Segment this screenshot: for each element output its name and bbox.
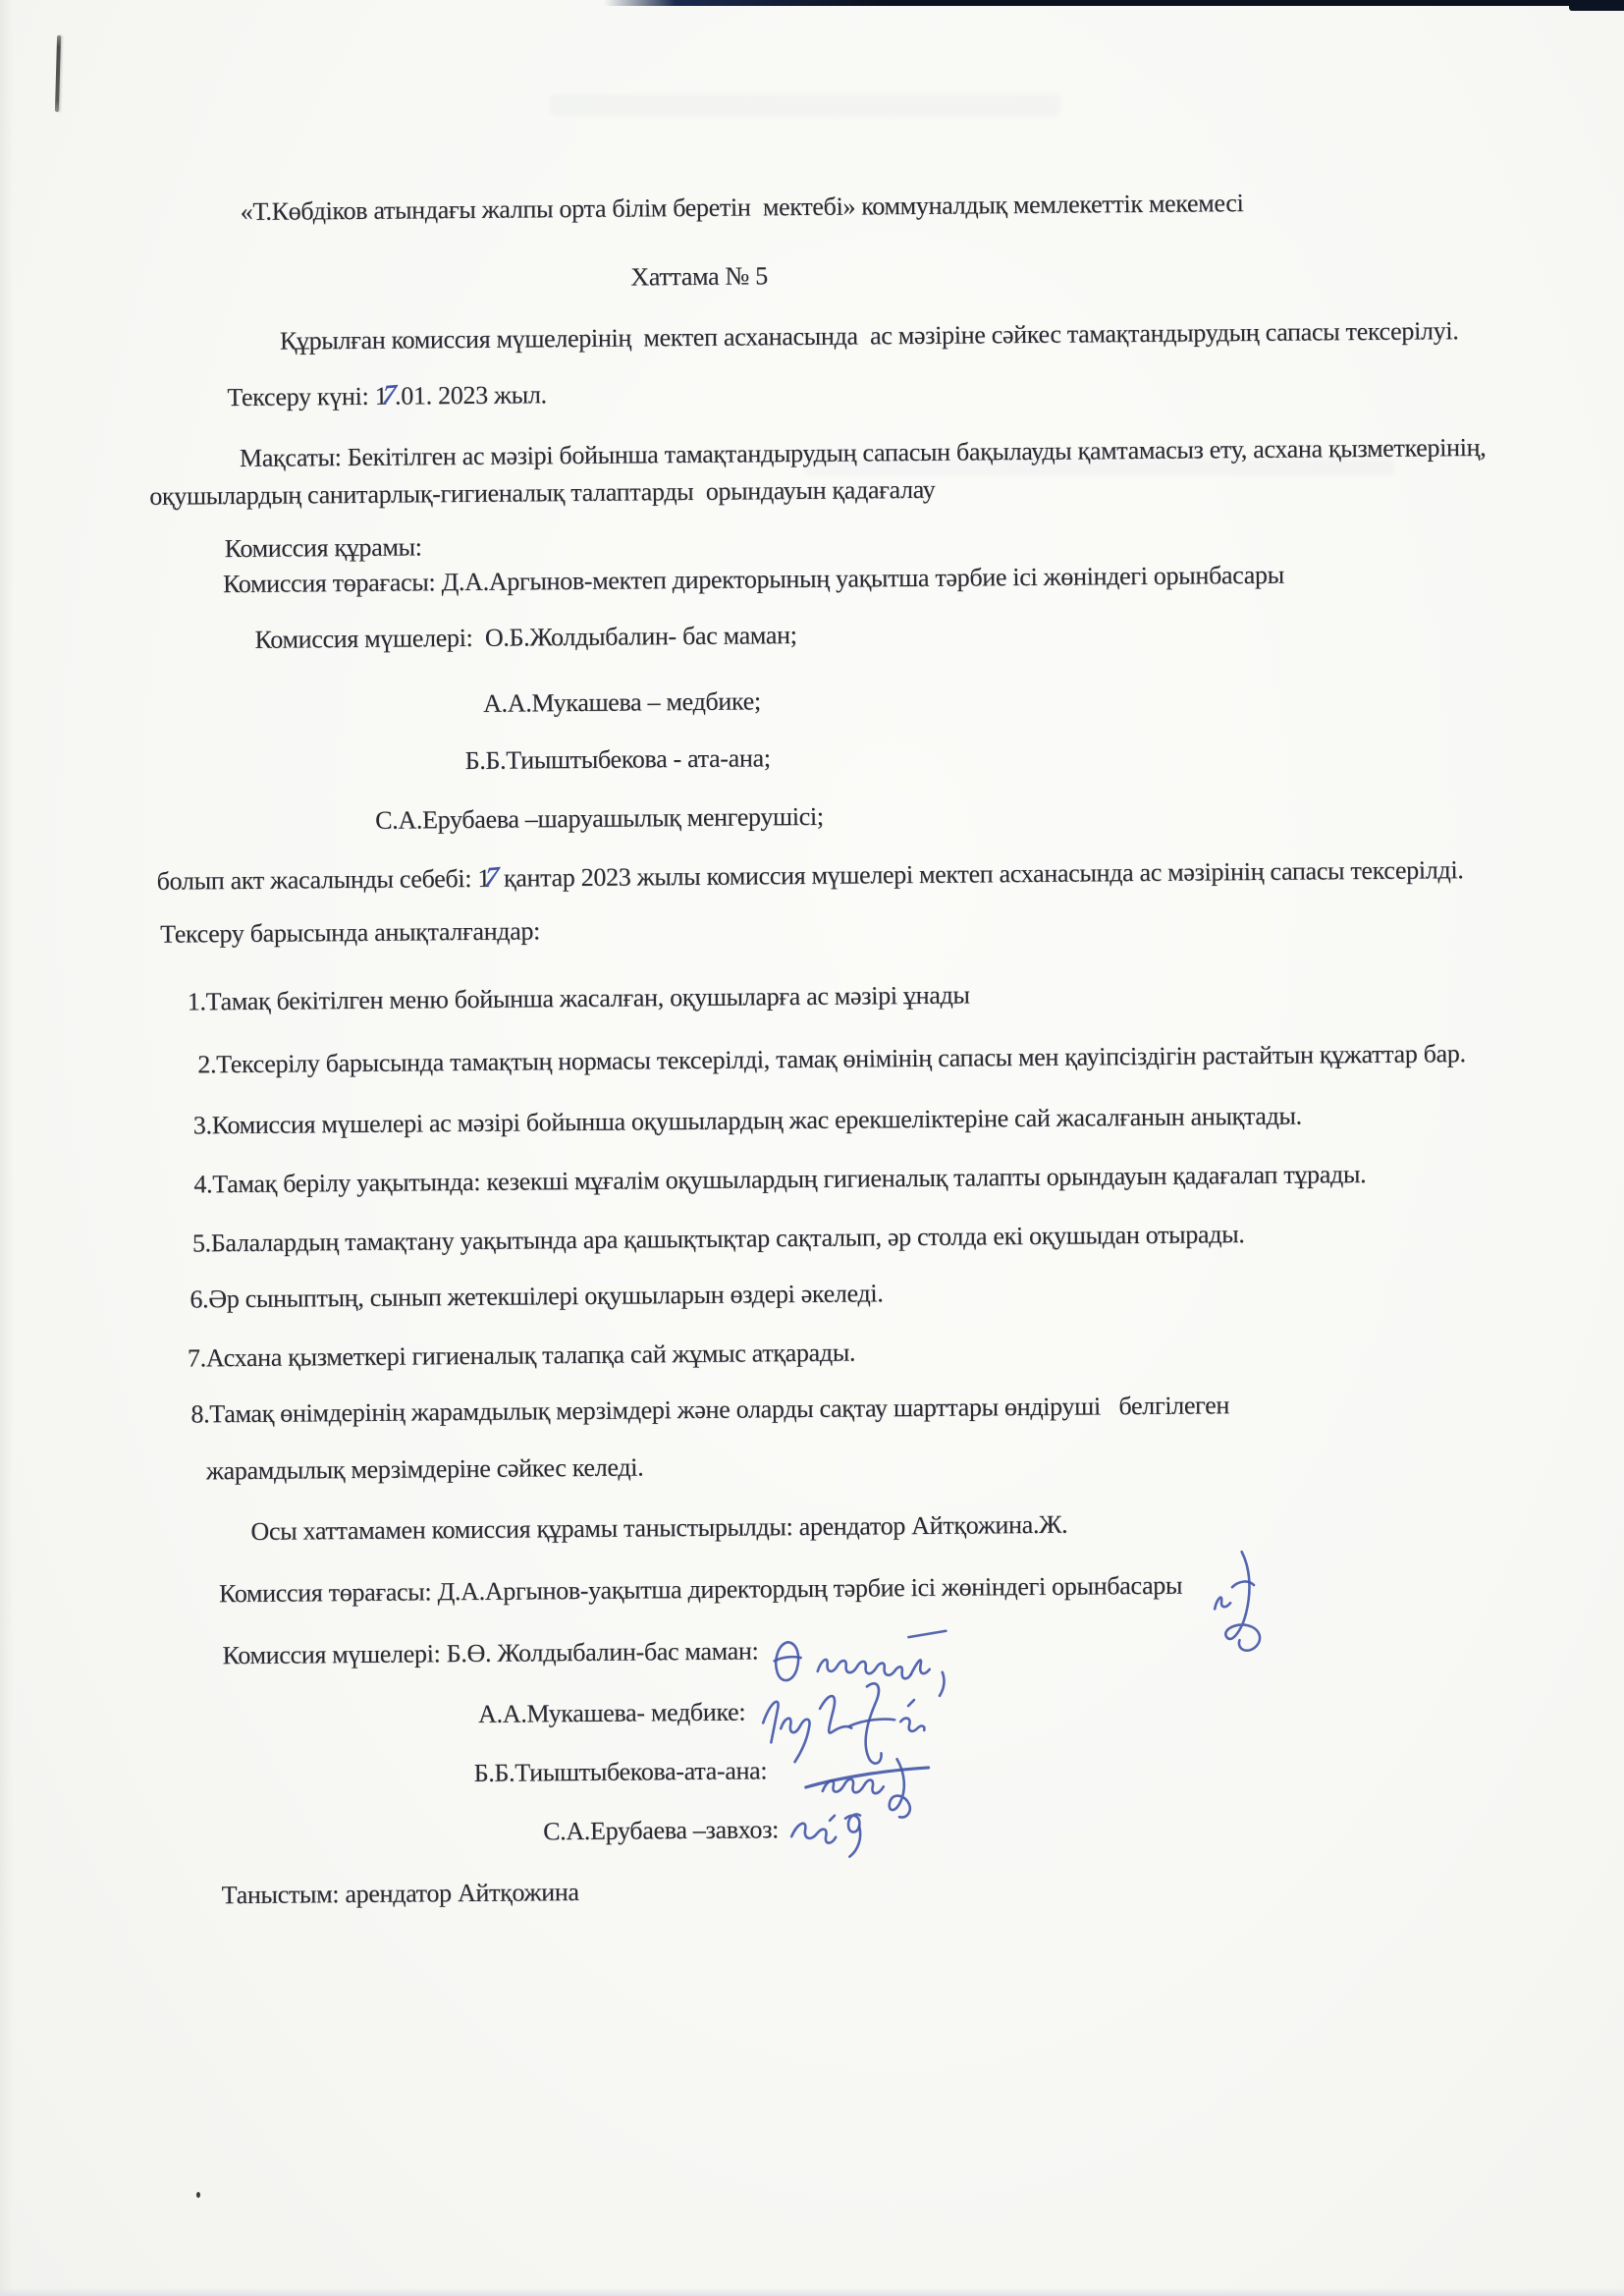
erubaeva-signature bbox=[785, 1802, 879, 1860]
finding-item: 7.Асхана қызметкері гигиеналық талапқа с… bbox=[188, 1339, 855, 1374]
purpose-line-1: Мақсаты: Бекітілген ас мәзірі бойынша та… bbox=[240, 433, 1487, 473]
argynov-signature bbox=[1207, 1544, 1284, 1661]
check-date-line: Тексеру күні: 17.01. 2023 жыл. bbox=[227, 379, 547, 413]
check-date-suffix: .01. 2023 жыл. bbox=[395, 380, 547, 410]
handwritten-day-digit: 7 bbox=[381, 379, 398, 411]
finding-item: 2.Тексерілу барысында тамақтың нормасы т… bbox=[197, 1039, 1466, 1079]
act-reason-suffix: қантар 2023 жылы комиссия мүшелері мекте… bbox=[498, 855, 1464, 893]
subject-line: Құрылған комиссия мүшелерінің мектеп асх… bbox=[280, 316, 1459, 355]
finding-item: 1.Тамақ бекітілген меню бойынша жасалған… bbox=[188, 981, 970, 1017]
finding-item: 4.Тамақ берілу уақытында: кезекші мұғалі… bbox=[193, 1160, 1366, 1199]
organization-name: «Т.Көбдіков атындағы жалпы орта білім бе… bbox=[241, 189, 1244, 227]
member-line: Комиссия мүшелері: О.Б.Жолдыбалин- бас м… bbox=[254, 621, 796, 655]
act-reason-prefix: болып акт жасалынды себебі: 1 bbox=[157, 864, 491, 896]
finding-item: 5.Балалардың тамақтану уақытында ара қаш… bbox=[192, 1220, 1245, 1258]
chairman-line: Комиссия төрағасы: Д.А.Аргынов-мектеп ди… bbox=[223, 561, 1284, 599]
signoff-member-label: А.А.Мукашева- медбике: bbox=[478, 1698, 745, 1729]
document-content: «Т.Көбдіков атындағы жалпы орта білім бе… bbox=[0, 0, 1624, 2296]
finding-item: 3.Комиссия мүшелері ас мәзірі бойынша оқ… bbox=[193, 1102, 1302, 1141]
check-date-prefix: Тексеру күні: 1 bbox=[227, 382, 387, 411]
signoff-member-label: Комиссия мүшелері: Б.Ө. Жолдыбалин-бас м… bbox=[222, 1636, 758, 1670]
findings-heading: Тексеру барысында анықталғандар: bbox=[160, 916, 540, 949]
finding-continuation-line: жарамдылық мерзімдеріне сәйкес келеді. bbox=[206, 1452, 644, 1486]
finding-item: 6.Әр сыныптың, сынып жетекшілері оқушыла… bbox=[189, 1279, 883, 1314]
purpose-line-2: оқушылардың санитарлық-гигиеналық талапт… bbox=[149, 475, 935, 512]
signoff-chairman-label: Комиссия төрағасы: Д.А.Аргынов-уақытша д… bbox=[219, 1571, 1182, 1610]
signoff-member-label: С.А.Ерубаева –завхоз: bbox=[543, 1815, 779, 1846]
member-line: Б.Б.Тиыштыбекова - ата-ана; bbox=[464, 743, 770, 776]
acknowledged-line: Таныстым: арендатор Айтқожина bbox=[222, 1878, 579, 1910]
signoff-member-label: Б.Б.Тиыштыбекова-ата-ана: bbox=[473, 1756, 767, 1788]
protocol-number-heading: Хаттама № 5 bbox=[630, 261, 768, 292]
finding-item: 8.Тамақ өнімдерінің жарамдылық мерзімдер… bbox=[190, 1391, 1229, 1429]
familiarized-line: Осы хаттамамен комиссия құрамы таныстыры… bbox=[250, 1510, 1067, 1547]
member-line: С.А.Ерубаева –шаруашылық менгерушісі; bbox=[375, 802, 824, 836]
act-reason-line: болып акт жасалынды себебі: 17 қантар 20… bbox=[157, 854, 1464, 898]
member-line: А.А.Мукашева – медбике; bbox=[483, 686, 761, 718]
scanned-document-page: «Т.Көбдіков атындағы жалпы орта білім бе… bbox=[0, 0, 1624, 2296]
composition-heading: Комиссия құрамы: bbox=[225, 532, 422, 564]
